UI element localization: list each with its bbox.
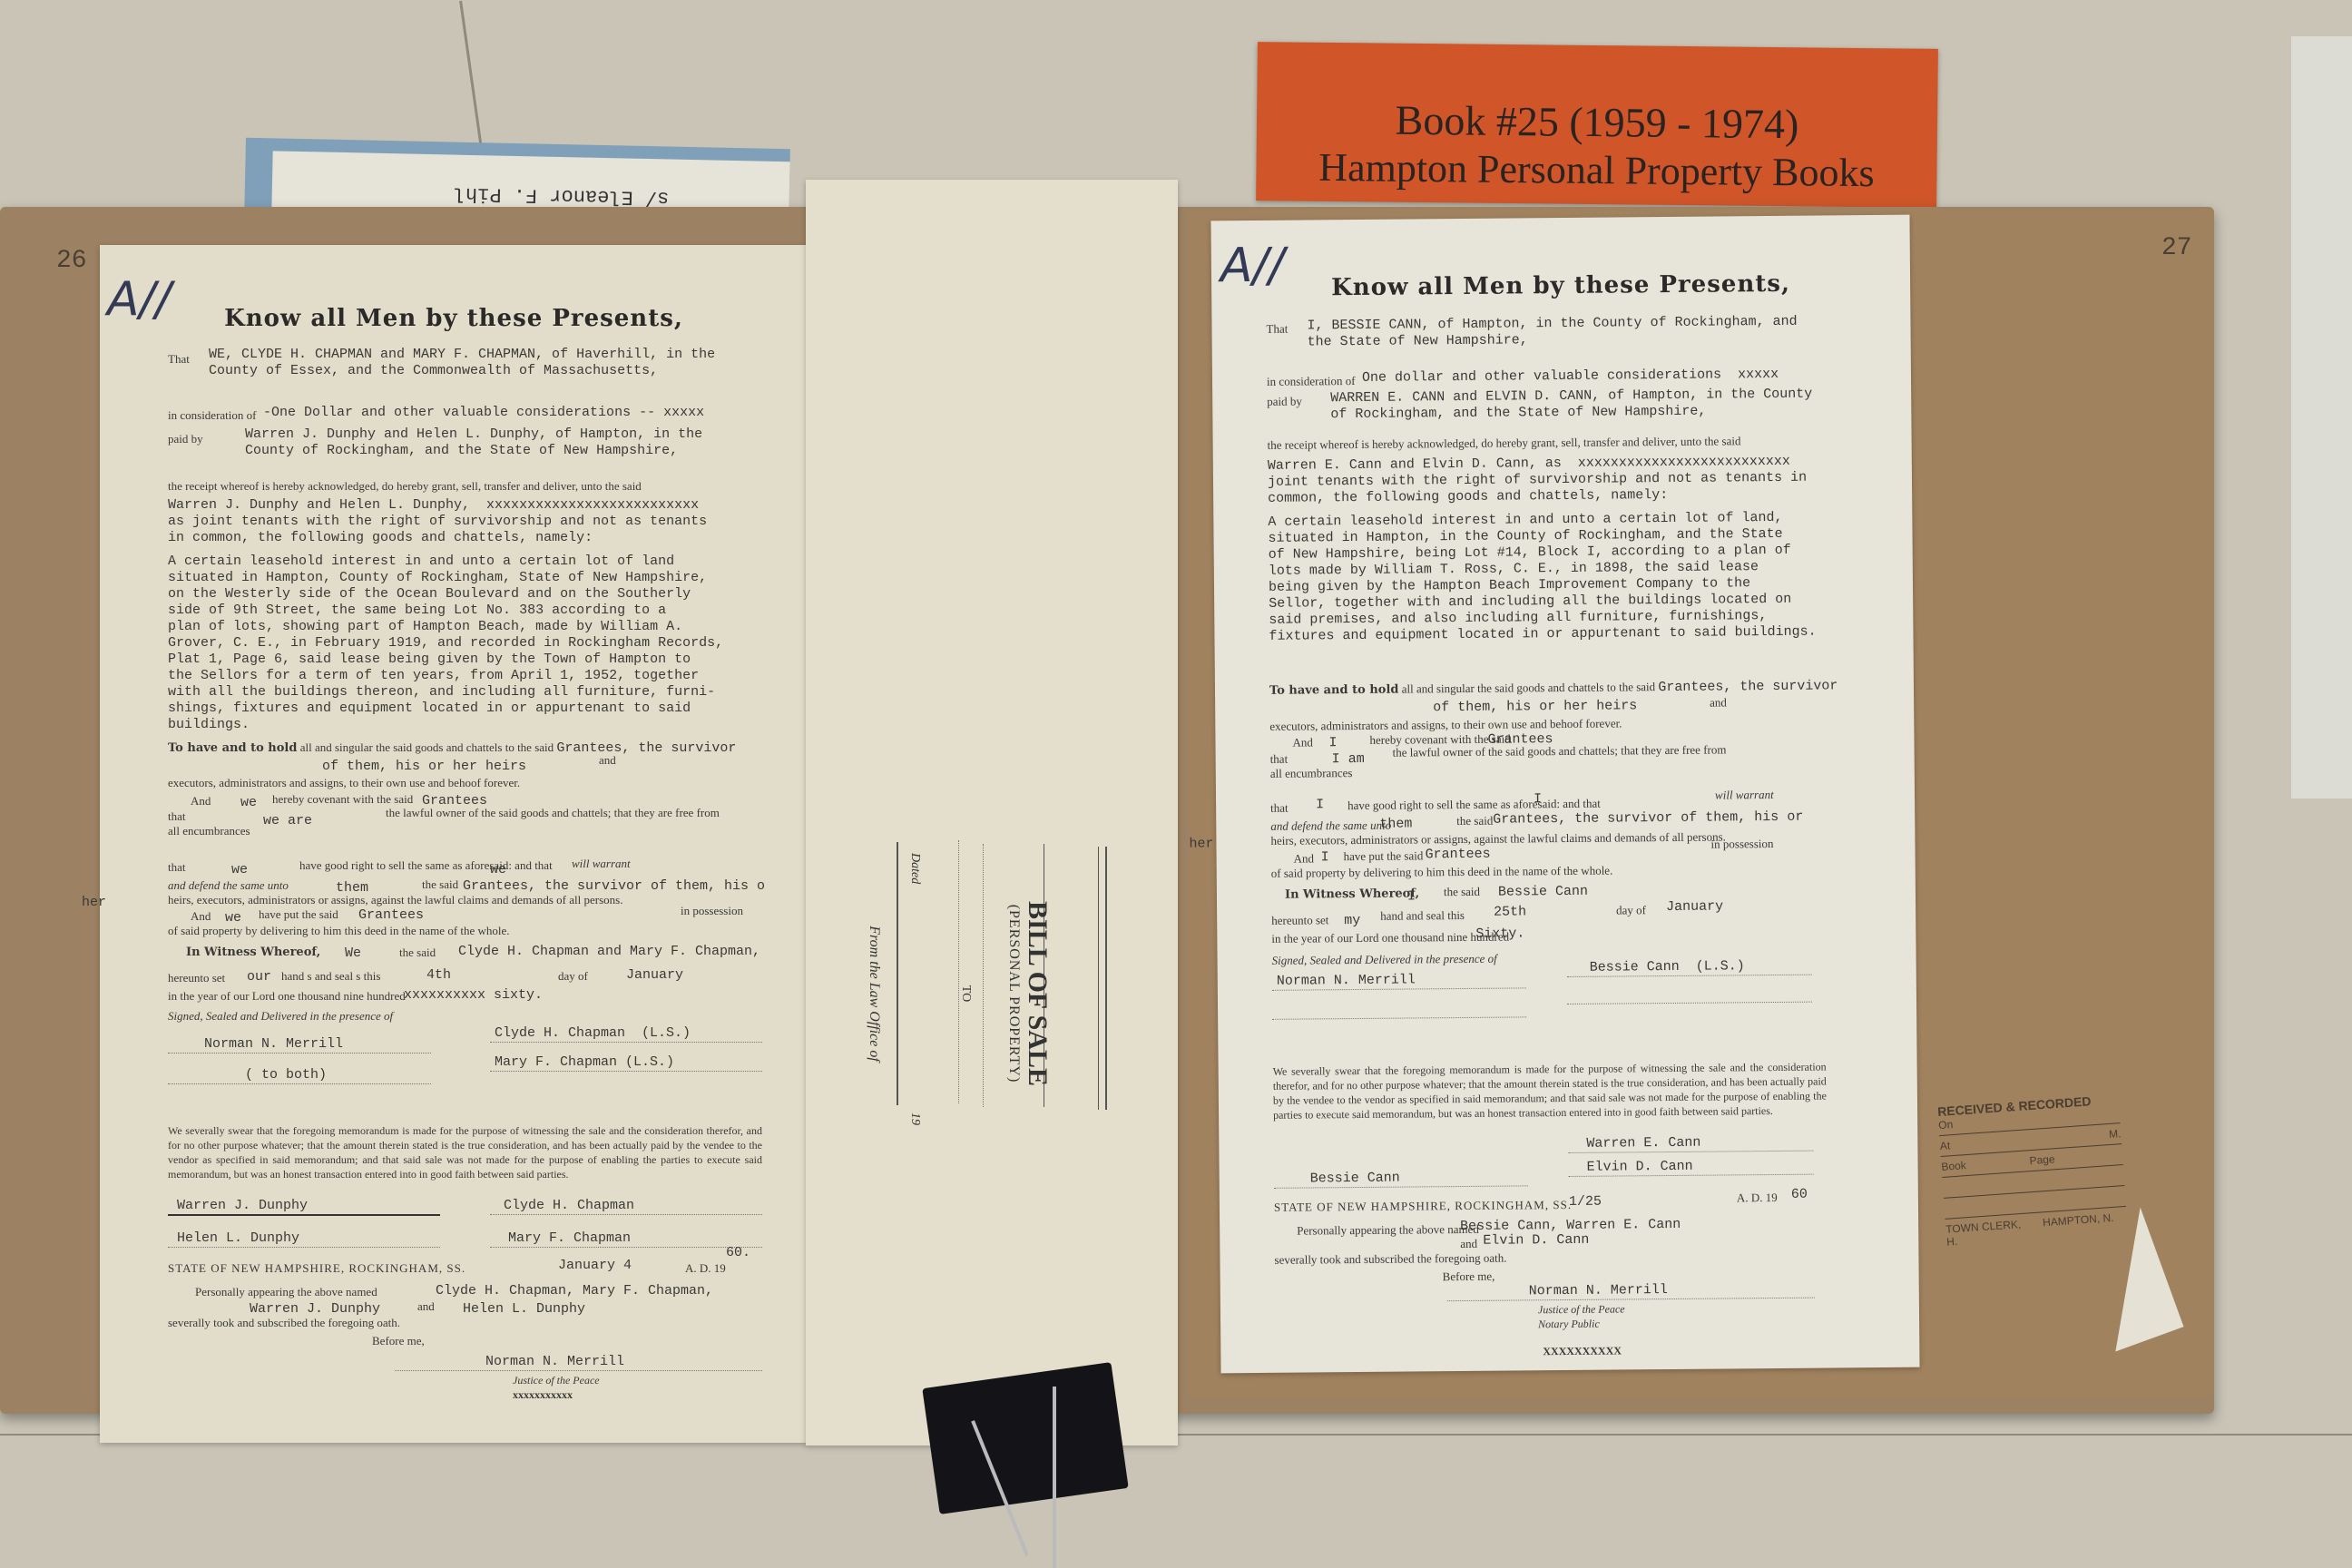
delivering-line: of said property by delivering to him th… — [168, 924, 510, 938]
slip-signature: s/ Eleanor F. Pihl — [454, 182, 670, 210]
that-word: that — [1270, 801, 1289, 816]
hereunto: hereunto set — [168, 971, 225, 985]
oath-paragraph: We severally swear that the foregoing me… — [1273, 1060, 1828, 1122]
in-possession: in possession — [1710, 837, 1773, 852]
day-of: day of — [558, 969, 588, 984]
year-typed: xxxxxxxxxx sixty. — [404, 987, 543, 1004]
background-sheet — [2291, 36, 2352, 799]
oath-signature-4: Mary F. Chapman — [508, 1230, 631, 1247]
deed-title: Know all Men by these Presents, — [1211, 269, 1910, 303]
year-typed: Sixty. — [1475, 926, 1524, 942]
bill-of-sale-cover — [806, 180, 1178, 1445]
month: January — [626, 967, 683, 984]
personally-and: and — [1460, 1237, 1477, 1251]
right-who: I — [1316, 797, 1324, 813]
witness-label: In Witness Whereof, — [1285, 887, 1419, 901]
paid-by-label: paid by — [168, 432, 203, 446]
page-number-left: 26 — [56, 247, 87, 275]
personally-names: Clyde H. Chapman, Mary F. Chapman, — [436, 1283, 713, 1299]
signature-line — [168, 1247, 440, 1248]
notary-title: Justice of the Peace — [513, 1374, 600, 1387]
habendum-text: all and singular the said goods and chat… — [300, 740, 554, 754]
habendum-label: To have and to hold — [1269, 683, 1399, 698]
covenant-and: And — [1292, 735, 1313, 750]
consideration-text: One dollar and other valuable considerat… — [1362, 367, 1779, 387]
oath-paragraph: We severally swear that the foregoing me… — [168, 1123, 762, 1181]
habendum-label: To have and to hold — [168, 741, 297, 755]
that-label: That — [1266, 322, 1288, 337]
warrant: will warrant — [1715, 788, 1774, 803]
stamp-at: At — [1939, 1139, 1950, 1152]
habendum-typed: Grantees, the survivor — [556, 740, 736, 756]
grantees-text: Warren J. Dunphy and Helen L. Dunphy, xx… — [168, 497, 707, 546]
oath-signature-1: Warren J. Dunphy — [177, 1198, 308, 1214]
signature-line — [168, 1083, 431, 1084]
to-both: ( to both) — [245, 1067, 327, 1083]
covenant-text: hereby covenant with the said — [272, 792, 413, 807]
paid-by-text: Warren J. Dunphy and Helen L. Dunphy, of… — [245, 426, 702, 459]
grantors-text: I, BESSIE CANN, of Hampton, in the Count… — [1307, 314, 1797, 351]
personally-appearing: Personally appearing the above named — [195, 1285, 377, 1299]
personally-and: and — [417, 1299, 435, 1314]
bill-of-sale-heading: BILL OF SALE (PERSONAL PROPERTY) TO Date… — [866, 844, 1053, 1143]
bill-of-sale-subtitle: (PERSONAL PROPERTY) — [1005, 844, 1022, 1143]
before-me: Before me, — [372, 1334, 425, 1348]
habendum-clause: To have and to hold all and singular the… — [168, 740, 736, 757]
law-office-label: From the Law Office of — [866, 844, 882, 1143]
warrant: will warrant — [572, 857, 631, 871]
defend-text: and defend the same unto — [168, 878, 289, 893]
book-label-title: Book #25 (1959 - 1974) — [1257, 94, 1938, 150]
witness-signature: Norman N. Merrill — [204, 1036, 343, 1053]
witness-said: the said — [1444, 885, 1480, 899]
possession-text: have put the said — [1344, 848, 1424, 864]
that-label: That — [168, 352, 190, 367]
day-of: day of — [1616, 903, 1646, 917]
paid-by-text: WARREN E. CANN and ELVIN D. CANN, of Ham… — [1330, 387, 1812, 424]
right-who-2: we — [490, 862, 506, 878]
oath-signature-1: Warren E. Cann — [1586, 1135, 1700, 1152]
and-word: and — [1710, 695, 1727, 710]
right-who: we — [231, 862, 248, 878]
before-me: Before me, — [1443, 1269, 1495, 1285]
defend-text: and defend the same unto — [1270, 818, 1391, 834]
ad-year: 60. — [726, 1245, 750, 1261]
possession-and: And — [1294, 851, 1315, 866]
signed-sealed: Signed, Sealed and Delivered in the pres… — [168, 1009, 393, 1024]
defend-said: the said — [422, 877, 458, 892]
notary-struck: xxxxxxxxxxx — [513, 1388, 573, 1402]
hereunto-who: my — [1344, 913, 1360, 929]
possession-and: And — [191, 909, 211, 924]
margin-her: her — [1189, 836, 1213, 852]
grantor-signature-2: Mary F. Chapman (L.S.) — [495, 1054, 674, 1071]
severally-took: severally took and subscribed the forego… — [1274, 1251, 1506, 1268]
oath-signature-2: Elvin D. Cann — [1587, 1159, 1693, 1176]
book-label-tab: Book #25 (1959 - 1974) Hampton Personal … — [1256, 42, 1938, 208]
hand-seal: hand s and seal s this — [281, 969, 380, 984]
heirs-line: heirs, executors, administrators or assi… — [168, 893, 622, 907]
margin-her: her — [82, 895, 106, 911]
possession-grantees: Grantees — [1426, 847, 1491, 864]
signature-line — [490, 1042, 762, 1043]
oath-signature-3: Clyde H. Chapman — [504, 1198, 634, 1214]
covenant-who: I — [1328, 735, 1337, 751]
stamp-on: On — [1938, 1118, 1954, 1132]
dated-label: Dated — [908, 853, 922, 884]
personally-appearing: Personally appearing the above named — [1297, 1222, 1479, 1239]
severally-took: severally took and subscribed the forego… — [168, 1316, 400, 1330]
grantors-text: WE, CLYDE H. CHAPMAN and MARY F. CHAPMAN… — [209, 347, 715, 379]
that-word: that — [168, 860, 186, 875]
grantees-text: Warren E. Cann and Elvin D. Cann, as xxx… — [1268, 454, 1808, 507]
consideration-text: -One Dollar and other valuable considera… — [263, 405, 704, 421]
executors-line: executors, administrators and assigns, t… — [1269, 716, 1622, 733]
stamp-page: Page — [2029, 1152, 2055, 1167]
notary-title-2: Notary Public — [1538, 1318, 1600, 1332]
heirs-line: heirs, executors, administrators or assi… — [1270, 829, 1726, 848]
encumbrances: all encumbrances — [1270, 766, 1353, 781]
property-description: A certain leasehold interest in and unto… — [168, 554, 723, 733]
witness-signature: Norman N. Merrill — [1277, 972, 1416, 989]
day: 25th — [1494, 904, 1526, 920]
habendum-typed-2: of them, his or her heirs — [1433, 698, 1637, 716]
owner-text: the lawful owner of the said goods and c… — [386, 806, 720, 820]
left-deed-sheet: A// Know all Men by these Presents, That… — [100, 245, 808, 1443]
hereunto: hereunto set — [1271, 913, 1328, 928]
signature-line — [490, 1071, 762, 1072]
signature-line — [168, 1053, 431, 1053]
defend-typed: Grantees, the survivor of them, his or — [1493, 809, 1803, 828]
witness-who: We — [345, 946, 361, 962]
month: January — [1666, 898, 1723, 916]
binder-clip — [922, 1362, 1128, 1514]
habendum-text: all and singular the said goods and chat… — [1402, 680, 1656, 695]
ad-label: A. D. 19 — [1737, 1191, 1778, 1205]
signature-line — [1272, 1016, 1526, 1019]
covenant-who: we — [240, 795, 257, 811]
bill-of-sale-title: BILL OF SALE — [1022, 844, 1053, 1143]
book-label-subtitle: Hampton Personal Property Books — [1256, 143, 1936, 197]
state-date: 1/25 — [1569, 1194, 1602, 1210]
hand-seal: hand and seal this — [1380, 908, 1465, 924]
cover-rule — [1105, 847, 1107, 1110]
signature-line — [490, 1214, 762, 1215]
signature-line — [395, 1370, 762, 1371]
ad-label: A. D. 19 — [685, 1261, 726, 1276]
receipt-clause: the receipt whereof is hereby acknowledg… — [168, 479, 642, 494]
right-deed-sheet: A// Know all Men by these Presents, That… — [1210, 215, 1919, 1374]
habendum-clause: To have and to hold all and singular the… — [1269, 678, 1838, 699]
defend-who: them — [1379, 816, 1412, 832]
habendum-typed-2: of them, his or her heirs — [322, 759, 526, 775]
receipt-clause: the receipt whereof is hereby acknowledg… — [1268, 434, 1741, 453]
state-line: STATE OF NEW HAMPSHIRE, ROCKINGHAM, SS. — [168, 1261, 465, 1276]
bill-of-sale-to: TO — [958, 844, 973, 1143]
signature-line — [490, 1247, 762, 1248]
right-who-2: I — [1534, 791, 1542, 808]
stamp-m: M. — [2109, 1127, 2122, 1141]
personally-names-3: Elvin D. Cann — [1483, 1232, 1589, 1249]
notary-signature: Norman N. Merrill — [1529, 1282, 1668, 1299]
right-text: have good right to sell the same as afor… — [299, 858, 553, 873]
cover-rule — [1098, 847, 1099, 1110]
footer-x: XXXXXXXXXX — [1543, 1344, 1622, 1358]
state-date: January 4 — [558, 1258, 632, 1274]
page-number-right: 27 — [2161, 234, 2192, 262]
covenant-are: we are — [263, 813, 312, 829]
grantor-signature-1: Clyde H. Chapman (L.S.) — [495, 1025, 691, 1042]
notary-signature: Norman N. Merrill — [485, 1354, 624, 1370]
year-line: in the year of our Lord one thousand nin… — [168, 989, 406, 1004]
notary-title: Justice of the Peace — [1538, 1302, 1625, 1317]
state-line: STATE OF NEW HAMPSHIRE, ROCKINGHAM, SS. — [1274, 1198, 1572, 1215]
habendum-typed: Grantees, the survivor — [1658, 678, 1837, 695]
possession-who: I — [1321, 849, 1329, 866]
and-word: and — [599, 753, 616, 768]
grantor-signature-1: Bessie Cann (L.S.) — [1590, 958, 1745, 975]
stamp-book: Book — [1941, 1159, 1966, 1173]
witness-label: In Witness Whereof, — [186, 946, 320, 959]
nineteen-label: 19 — [907, 1112, 922, 1143]
oath-signature-2: Helen L. Dunphy — [177, 1230, 299, 1247]
delivering-line: of said property by delivering to him th… — [1271, 864, 1613, 881]
witness-said: the said — [399, 946, 436, 960]
binder-clip-handle — [1053, 1387, 1056, 1568]
executors-line: executors, administrators and assigns, t… — [168, 776, 520, 790]
owner-text: the lawful owner of the said goods and c… — [1393, 742, 1727, 759]
in-possession: in possession — [681, 904, 743, 918]
ad-year: 60 — [1791, 1187, 1808, 1203]
day: 4th — [426, 967, 451, 984]
hereunto-who: our — [247, 969, 271, 985]
stamp-clerk: TOWN CLERK, — [1945, 1218, 2022, 1236]
year-line: in the year of our Lord one thousand nin… — [1271, 930, 1509, 946]
encumbrances: all encumbrances — [168, 824, 250, 838]
signature-line — [168, 1214, 440, 1216]
possession-text: have put the said — [259, 907, 338, 922]
signed-sealed: Signed, Sealed and Delivered in the pres… — [1272, 952, 1497, 968]
consideration-label: in consideration of — [1267, 374, 1356, 389]
consideration-label: in consideration of — [168, 408, 256, 423]
that-word: that — [168, 809, 186, 824]
oath-signature-3: Bessie Cann — [1310, 1171, 1400, 1188]
personally-names-3: Helen L. Dunphy — [463, 1301, 585, 1318]
possession-grantees: Grantees — [358, 907, 424, 924]
property-description: A certain leasehold interest in and unto… — [1268, 510, 1816, 645]
deed-title: Know all Men by these Presents, — [100, 305, 808, 332]
witness-names: Clyde H. Chapman and Mary F. Chapman, — [458, 944, 760, 960]
signature-line — [1567, 1002, 1812, 1004]
defend-said: the said — [1456, 814, 1493, 828]
dated-row: Dated 19 — [907, 844, 922, 1143]
paid-by-label: paid by — [1267, 395, 1302, 409]
that-word: that — [1270, 752, 1289, 767]
witness-names: Bessie Cann — [1498, 884, 1588, 901]
witness-who: I — [1407, 888, 1416, 905]
covenant-and: And — [191, 794, 211, 808]
